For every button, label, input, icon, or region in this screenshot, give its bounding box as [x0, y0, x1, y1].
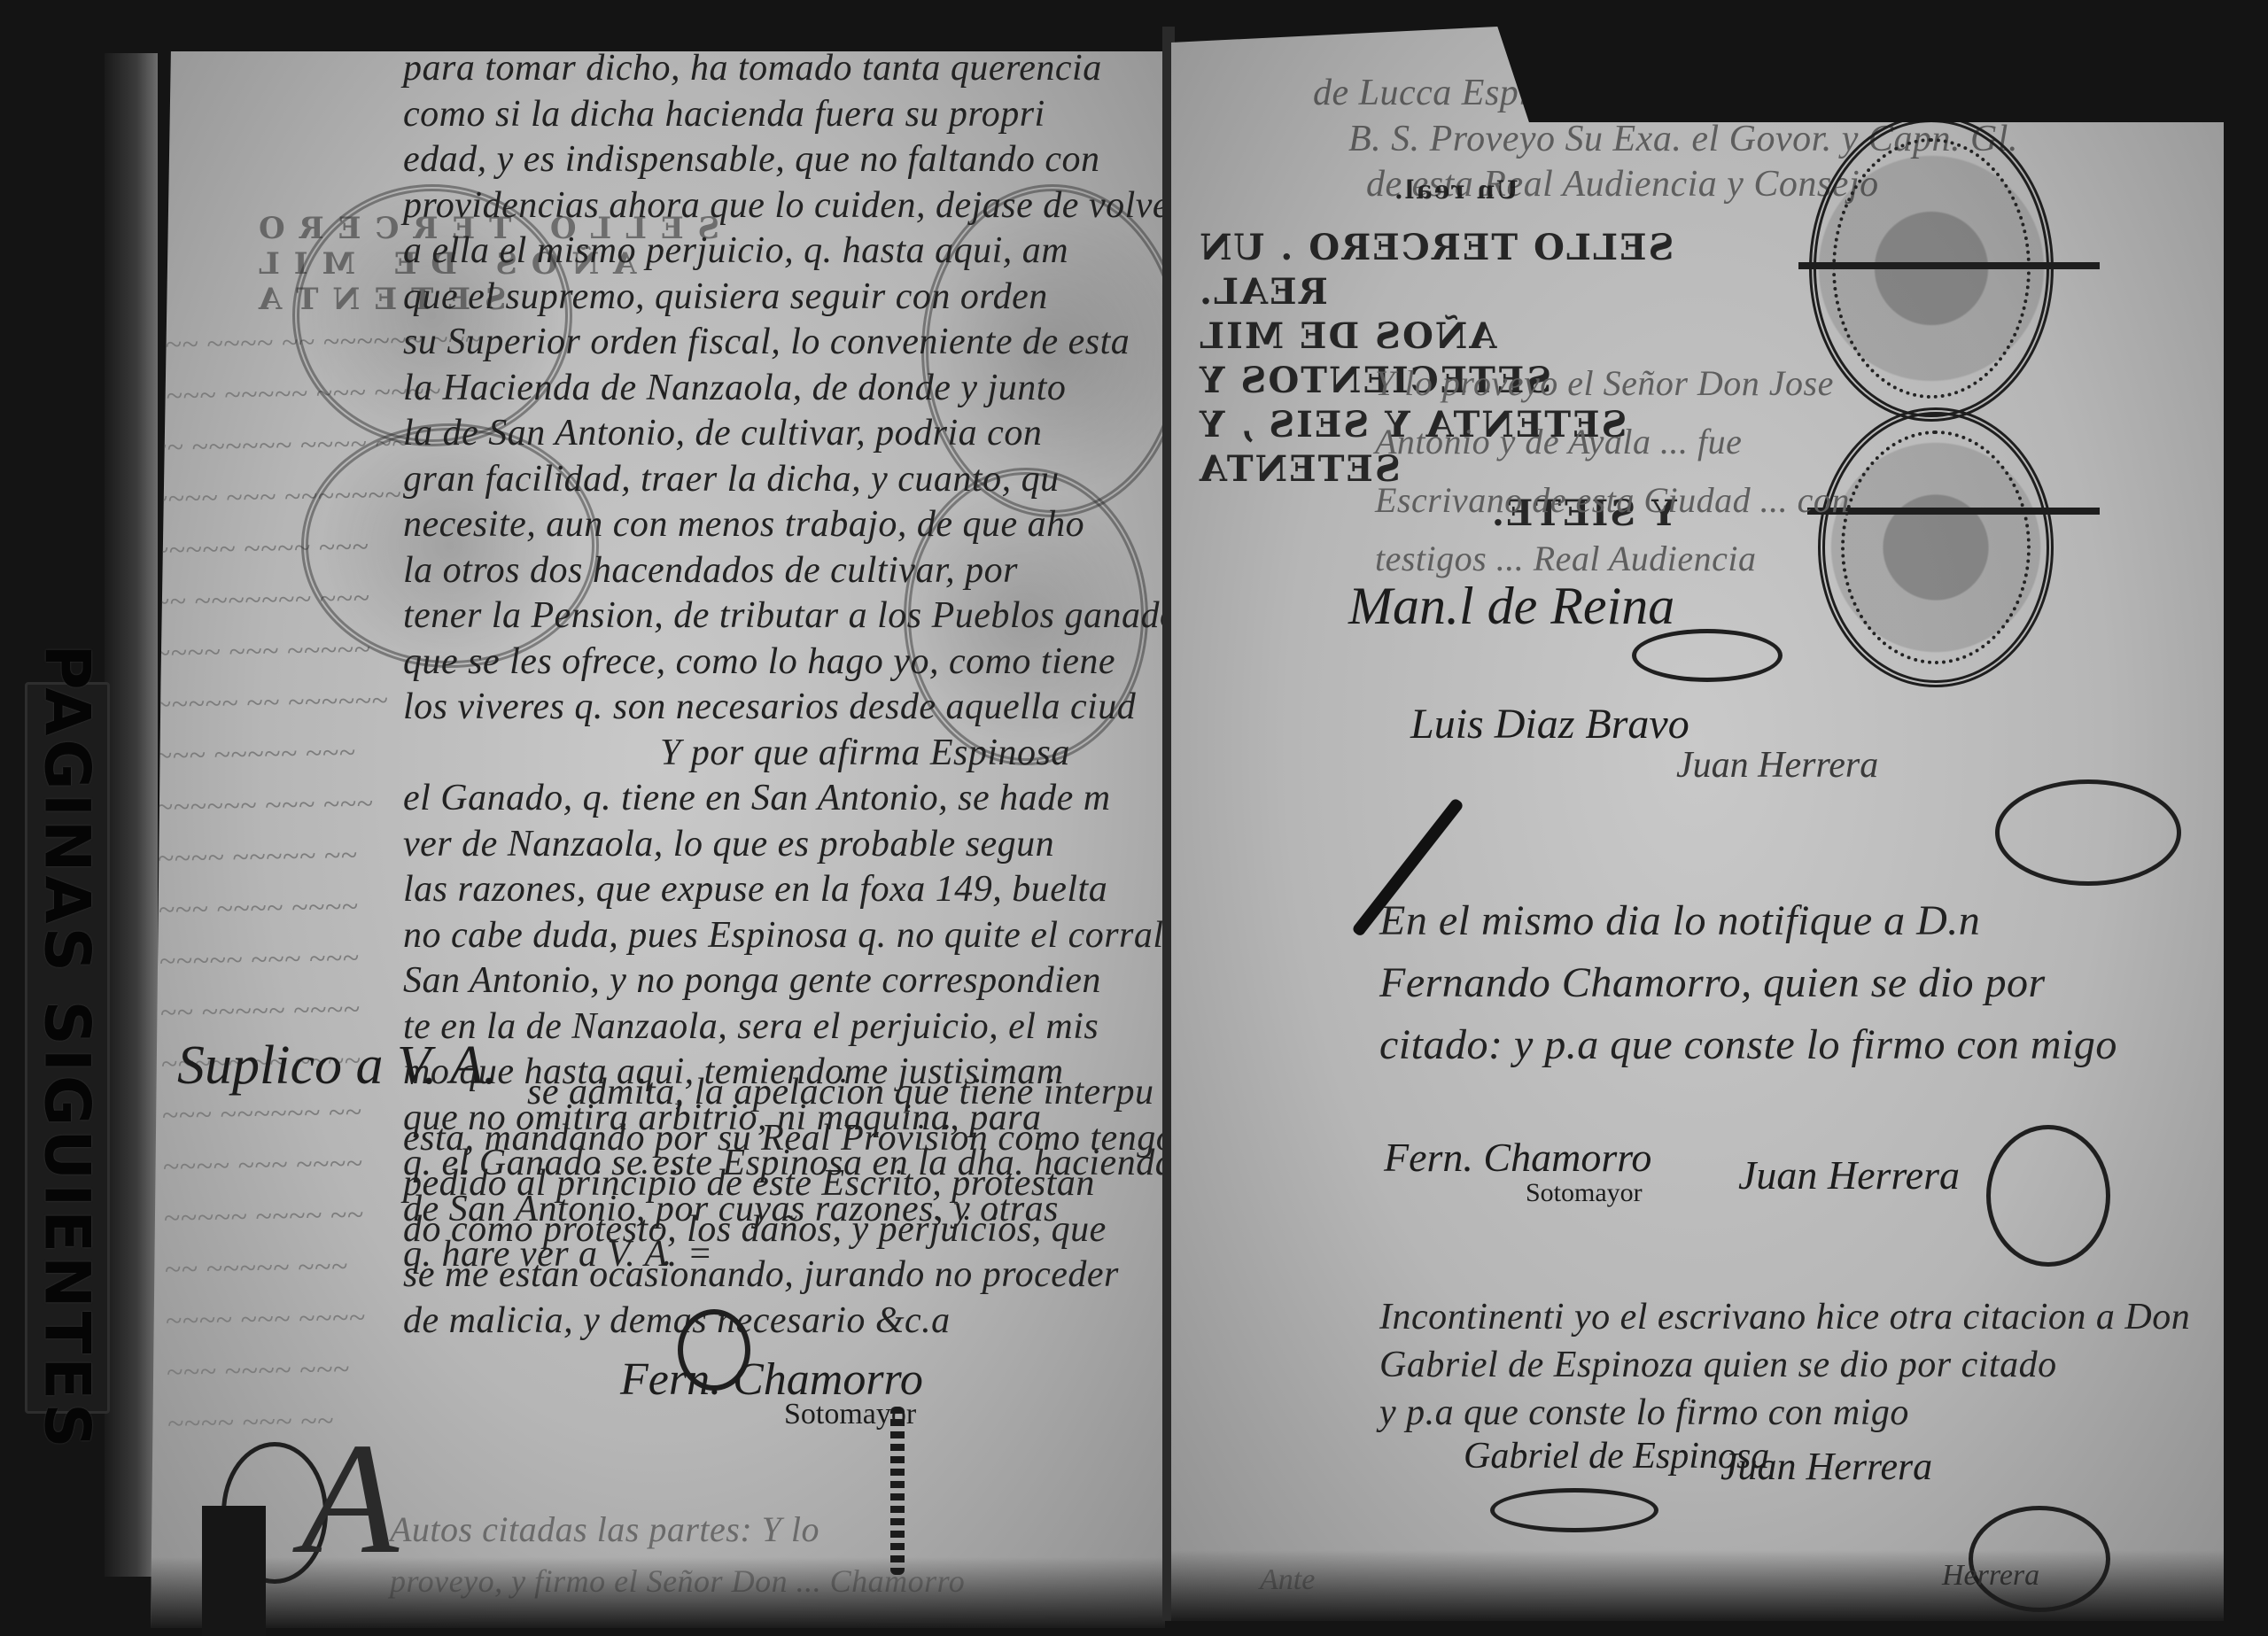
text-line: edad, y es indispensable, que no faltand…	[403, 137, 1165, 183]
signature-flourish-large	[1995, 779, 2181, 886]
text-line: los viveres q. son necesarios desde aque…	[403, 685, 1165, 731]
text-line: Incontinenti yo el escrivano hice otra c…	[1379, 1293, 2190, 1341]
notification-notary: Juan Herrera	[1738, 1151, 1960, 1198]
seal-ring	[1841, 430, 2031, 664]
text-line: En el mismo dia lo notifique a D.n	[1379, 890, 2117, 952]
notary-flourish	[1986, 1125, 2110, 1267]
signature-flourish	[1490, 1488, 1658, 1532]
text-line: citado: y p.a que conste lo firmo con mi…	[1379, 1014, 2117, 1076]
text-line: ver de Nanzaola, lo que es probable segu…	[403, 822, 1165, 868]
text-line: se admita, la apelacion que tiene interp…	[403, 1070, 1165, 1116]
page-shadow	[1171, 1550, 2224, 1621]
text-line: Y lo proveyo el Señor Don Jose	[1375, 354, 1850, 413]
text-line: que se les ofrece, como lo hago yo, como…	[403, 640, 1165, 686]
text-line: de malicia, y demas necesario &c.a	[403, 1299, 1165, 1345]
text-line: a ella el mismo perjuicio, q. hasta aqui…	[403, 229, 1165, 275]
signature-flourish	[1632, 629, 1783, 682]
signature-herrera: Juan Herrera	[1676, 744, 1878, 787]
text-line: la otros dos hacendados de cultivar, por	[403, 548, 1165, 594]
text-line: la Hacienda de Nanzaola, de donde y junt…	[403, 366, 1165, 412]
text-line: Gabriel de Espinoza quien se dio por cit…	[1379, 1341, 2190, 1389]
text-line: Antonio y de Ayala ... fue	[1375, 413, 1850, 471]
notification-signature-second: Sotomayor	[1526, 1178, 1643, 1208]
text-line: tener la Pension, de tributar a los Pueb…	[403, 593, 1165, 640]
notification-signature: Fern. Chamorro	[1384, 1134, 1651, 1181]
text-line: las razones, que expuse en la foxa 149, …	[403, 867, 1165, 913]
page-shadow	[151, 1557, 1165, 1628]
paragraph-intro: Y por que afirma Espinosa	[403, 731, 1165, 777]
text-line: necesite, aun con menos trabajo, de que …	[403, 502, 1165, 548]
text-line: y p.a que conste lo firmo con migo	[1379, 1389, 2190, 1437]
text-line: Fernando Chamorro, quien se dio por	[1379, 952, 2117, 1014]
text-line: San Antonio, y no ponga gente correspond…	[403, 958, 1165, 1004]
text-line: como si la dicha hacienda fuera su propr…	[403, 92, 1165, 138]
text-line: te en la de Nanzaola, sera el perjuicio,…	[403, 1004, 1165, 1051]
text-line: la de San Antonio, de cultivar, podria c…	[403, 411, 1165, 457]
stamp-line: SELLO TERCERO . UN REAL.	[1198, 226, 1694, 314]
text-line: do como protesto, los daños, y perjuicio…	[403, 1207, 1165, 1253]
left-page: ~~~ ~~~~ ~~ ~~~~~~ ~~~~~~~ ~~~~~ ~~~ ~~~…	[151, 51, 1165, 1628]
text-line: Escrivano de esta Ciudad ... con	[1375, 471, 1850, 530]
text-line: esta, mandando por su Real Provision com…	[403, 1116, 1165, 1162]
seal-cancel-bar	[1798, 262, 2100, 269]
spine-label-text: PAGINAS SIGUIENTES	[31, 644, 104, 1451]
signature-diaz-bravo: Luis Diaz Bravo	[1410, 700, 1689, 748]
signature-reina: Man.l de Reina	[1348, 576, 1674, 637]
faded-text: Y lo proveyo el Señor Don Jose Antonio y…	[1375, 354, 1850, 588]
seal-cancel-bar	[1807, 508, 2100, 515]
right-page: de Lucca Espinosa Cervantes de Cos B. S.…	[1171, 27, 2224, 1621]
binding-edge	[105, 53, 158, 1577]
notification-text: En el mismo dia lo notifique a D.n Ferna…	[1379, 890, 2117, 1076]
text-line: el Ganado, q. tiene en San Antonio, se h…	[403, 776, 1165, 822]
petition-body: se admita, la apelacion que tiene interp…	[403, 1070, 1165, 1344]
text-line: no cabe duda, pues Espinosa q. no quite …	[403, 913, 1165, 959]
text-line: que el supremo, quisiera seguir con orde…	[403, 275, 1165, 321]
stamp-value-small: Un real.	[1393, 168, 1518, 213]
second-notification-text: Incontinenti yo el escrivano hice otra c…	[1379, 1293, 2190, 1437]
text-line: su Superior orden fiscal, lo conveniente…	[403, 320, 1165, 366]
text-line: providencias ahora que lo cuiden, dejase…	[403, 183, 1165, 229]
text-line: se me estan ocasionando, jurando no proc…	[403, 1252, 1165, 1299]
text-line: pedido al principio de este Escrito, pro…	[403, 1161, 1165, 1207]
text-line: Autos citadas las partes: Y lo	[390, 1504, 965, 1555]
archive-spine-label: PAGINAS SIGUIENTES	[25, 682, 110, 1414]
signature-herrera-2: Juan Herrera	[1720, 1444, 1932, 1489]
binding-tab	[202, 1506, 266, 1636]
text-line: gran facilidad, traer la dicha, y cuanto…	[403, 457, 1165, 503]
text-line: para tomar dicho, ha tomado tanta queren…	[403, 51, 1165, 92]
royal-seal-lower	[1818, 407, 2054, 687]
